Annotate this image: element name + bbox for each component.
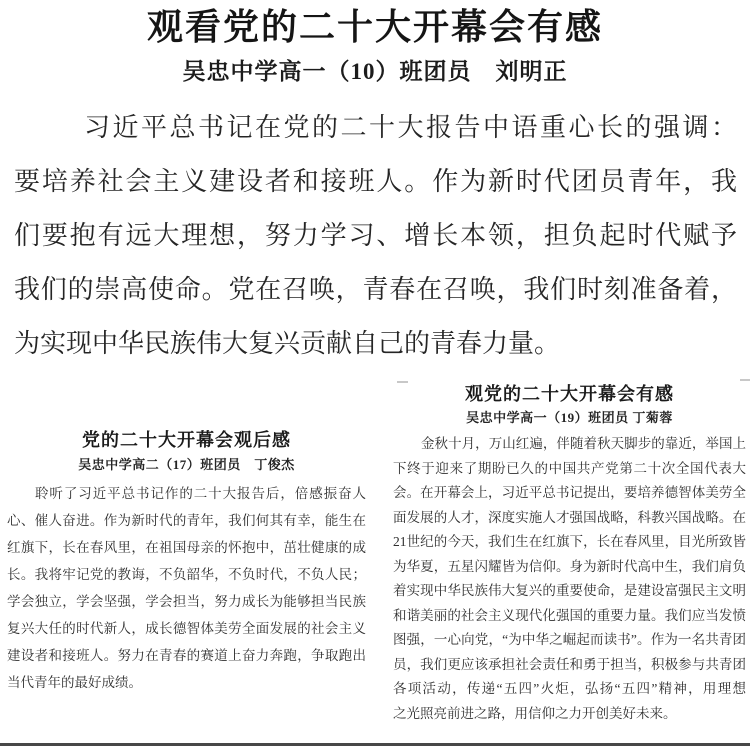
text-line: 金秋十月，万山红遍，伴随着秋天脚步的靠近，举国上 [393,432,746,457]
text-line: 下终于迎来了期盼已久的中国共产党第二十次全国代表大 [393,457,746,482]
text-line: 之光照亮前进之路，用信仰之力开创美好未来。 [393,702,746,727]
scan-artifact-dash [740,379,750,381]
text-line: 为华夏，五星闪耀皆为信仰。身为新时代高中生，我们肩负 [393,555,746,580]
text-line: 各项活动，传递“五四”火炬，弘扬“五四”精神，用理想 [393,677,746,702]
text-line: 图强，一心向党，“为中华之崛起而读书”。作为一名共青团 [393,628,746,653]
left-article: 党的二十大开幕会观后感 吴忠中学高二（17）班团员 丁俊杰 聆听了习近平总书记作… [7,428,366,696]
text-line: 员，我们更应该承担社会责任和勇于担当，积极参与共青团 [393,653,746,678]
text-line: 要培养社会主义建设者和接班人。作为新时代团员青年，我 [14,155,737,209]
text-line: 我们的崇高使命。党在召唤，青春在召唤，我们时刻准备着， [14,263,737,317]
right-article-body: 金秋十月，万山红遍，伴随着秋天脚步的靠近，举国上下终于迎来了期盼已久的中国共产党… [393,432,746,726]
right-article-title: 观党的二十大开幕会有感 [393,382,746,406]
text-line: 着实现中华民族伟大复兴的重要使命，是建设富强民主文明 [393,579,746,604]
text-line: 21世纪的今天，我们生在红旗下，长在春风里，目光所致皆 [393,530,746,555]
right-article-byline: 吴忠中学高一（19）班团员 丁菊蓉 [393,409,746,427]
text-line: 心、催人奋进。作为新时代的青年，我们何其有幸，能生在 [7,507,366,534]
text-line: 为实现中华民族伟大复兴贡献自己的青春力量。 [14,317,737,371]
scanned-document-page: 观看党的二十大开幕会有感 吴忠中学高一（10）班团员 刘明正 习近平总书记在党的… [0,0,750,750]
page-bottom-rule [0,743,750,746]
main-article-byline: 吴忠中学高一（10）班团员 刘明正 [0,57,750,87]
text-line: 和谐美丽的社会主义现代化强国的重要力量。我们应当发愤 [393,604,746,629]
text-line: 习近平总书记在党的二十大报告中语重心长的强调： [14,101,737,155]
text-line: 复兴大任的时代新人，成长德智体美劳全面发展的社会主义 [7,615,366,642]
text-line: 红旗下，长在春风里，在祖国母亲的怀抱中，茁壮健康的成 [7,534,366,561]
text-line: 面发展的人才，深度实施人才强国战略，科教兴国战略。在 [393,506,746,531]
text-line: 聆听了习近平总书记作的二十大报告后，倍感振奋人 [7,480,366,507]
left-article-body: 聆听了习近平总书记作的二十大报告后，倍感振奋人心、催人奋进。作为新时代的青年，我… [7,480,366,696]
main-article-title: 观看党的二十大开幕会有感 [0,4,750,50]
main-article-body: 习近平总书记在党的二十大报告中语重心长的强调：要培养社会主义建设者和接班人。作为… [14,101,737,371]
text-line: 会。在开幕会上，习近平总书记提出，要培养德智体美劳全 [393,481,746,506]
text-line: 建设者和接班人。努力在青春的赛道上奋力奔跑，争取跑出 [7,642,366,669]
text-line: 们要抱有远大理想，努力学习、增长本领，担负起时代赋予 [14,209,737,263]
right-article: 观党的二十大开幕会有感 吴忠中学高一（19）班团员 丁菊蓉 金秋十月，万山红遍，… [393,382,746,726]
left-article-title: 党的二十大开幕会观后感 [7,428,366,452]
text-line: 学会独立，学会坚强，学会担当，努力成长为能够担当民族 [7,588,366,615]
text-line: 长。我将牢记党的教诲，不负韶华，不负时代，不负人民； [7,561,366,588]
text-line: 当代青年的最好成绩。 [7,669,366,696]
left-article-byline: 吴忠中学高二（17）班团员 丁俊杰 [7,456,366,474]
